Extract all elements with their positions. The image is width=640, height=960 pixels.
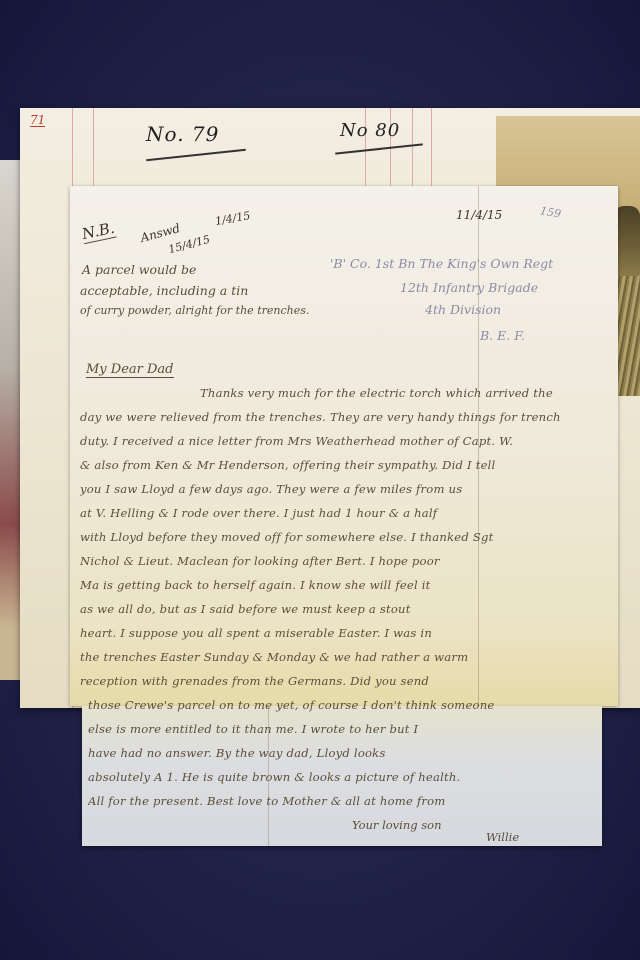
- page-number: 71: [30, 114, 45, 127]
- signature: Willie: [486, 830, 519, 844]
- letter-date: 11/4/15: [456, 208, 502, 222]
- address-line: B. E. F.: [480, 328, 525, 343]
- body-line: Ma is getting back to herself again. I k…: [80, 578, 615, 592]
- postscript-line: of curry powder, alright for the trenche…: [80, 304, 309, 317]
- body-line: at V. Helling & I rode over there. I jus…: [80, 506, 615, 520]
- body-line: the trenches Easter Sunday & Monday & we…: [80, 650, 615, 664]
- postscript-line: A parcel would be: [82, 262, 196, 277]
- address-line: 4th Division: [425, 302, 501, 317]
- body-line: have had no answer. By the way dad, Lloy…: [88, 746, 623, 760]
- body-line: as we all do, but as I said before we mu…: [80, 602, 615, 616]
- body-line: those Crewe's parcel on to me yet, of co…: [88, 698, 623, 712]
- body-line: Thanks very much for the electric torch …: [200, 386, 615, 400]
- body-line: & also from Ken & Mr Henderson, offering…: [80, 458, 615, 472]
- postscript-line: acceptable, including a tin: [80, 283, 248, 298]
- body-line: day we were relieved from the trenches. …: [80, 410, 615, 424]
- body-line: reception with grenades from the Germans…: [80, 674, 615, 688]
- body-line: with Lloyd before they moved off for som…: [80, 530, 615, 544]
- body-line: duty. I received a nice letter from Mrs …: [80, 434, 615, 448]
- address-line: 'B' Co. 1st Bn The King's Own Regt: [330, 256, 553, 271]
- underline: [335, 143, 423, 154]
- body-line: absolutely A 1. He is quite brown & look…: [88, 770, 623, 784]
- entry-number-80: No 80: [340, 120, 400, 141]
- closing: Your loving son: [352, 818, 442, 832]
- body-line: you I saw Lloyd a few days ago. They wer…: [80, 482, 615, 496]
- book-edge: [0, 160, 22, 680]
- entry-number-79: No. 79: [146, 122, 219, 146]
- body-line: heart. I suppose you all spent a miserab…: [80, 626, 615, 640]
- underline: [146, 149, 246, 161]
- address-line: 12th Infantry Brigade: [400, 280, 538, 295]
- body-line: Nichol & Lieut. Maclean for looking afte…: [80, 554, 615, 568]
- body-line: All for the present. Best love to Mother…: [88, 794, 623, 808]
- body-line: else is more entitled to it than me. I w…: [88, 722, 623, 736]
- salutation: My Dear Dad: [86, 362, 174, 378]
